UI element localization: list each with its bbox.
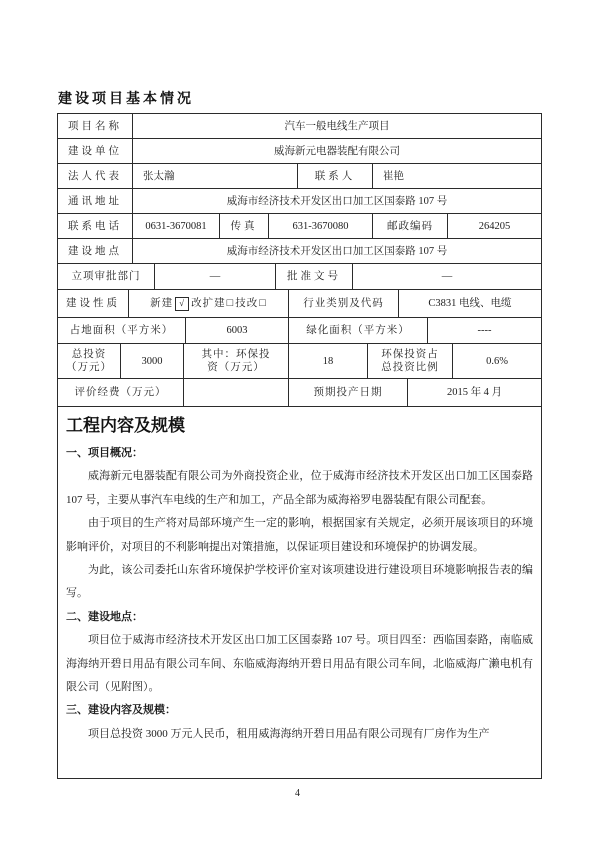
project-name-label: 项目名称	[58, 114, 132, 138]
basic-info-table: 项目名称 汽车一般电线生产项目 建设单位 威海新元电器装配有限公司 法人代表 张…	[57, 113, 542, 407]
total-investment-value: 3000	[120, 344, 183, 378]
mail-address-value: 威海市经济技术开发区出口加工区国泰路 107 号	[132, 189, 541, 213]
approval-doc-label: 批准文号	[275, 264, 352, 289]
eval-fee-value	[183, 379, 288, 406]
approval-doc-value: —	[352, 264, 541, 289]
scope-paragraph-1: 威海新元电器装配有限公司为外商投资企业，位于威海市经济技术开发区出口加工区国泰路…	[66, 465, 533, 512]
nature-options: 新建 √ 改扩建 □ 技改 □	[128, 290, 288, 317]
approval-dept-label: 立项审批部门	[58, 264, 154, 289]
nature-option-new-label: 新建	[150, 297, 173, 310]
contact-person-label: 联系人	[297, 164, 372, 188]
construction-unit-value: 威海新元电器装配有限公司	[132, 139, 541, 163]
phone-label: 联系电话	[58, 214, 132, 238]
table-row-mail-address: 通讯地址 威海市经济技术开发区出口加工区国泰路 107 号	[58, 188, 541, 213]
table-row-approval: 立项审批部门 — 批准文号 —	[58, 263, 541, 289]
table-row-legal-rep: 法人代表 张太瀚 联系人 崔艳	[58, 163, 541, 188]
scope-heading-3: 三、建设内容及规模：	[66, 699, 533, 722]
scope-paragraph-3: 为此，该公司委托山东省环境保护学校评价室对该项建设进行建设项目环境影响报告表的编…	[66, 559, 533, 606]
page-content: 建设项目基本情况 项目名称 汽车一般电线生产项目 建设单位 威海新元电器装配有限…	[57, 88, 542, 779]
fax-label: 传真	[219, 214, 268, 238]
phone-value: 0631-3670081	[132, 214, 219, 238]
nature-option-expand-label: 改扩建	[191, 297, 226, 310]
scope-heading-2: 二、建设地点：	[66, 606, 533, 629]
land-area-value: 6003	[185, 318, 288, 343]
table-row-location: 建设地点 威海市经济技术开发区出口加工区国泰路 107 号	[58, 238, 541, 263]
mail-address-label: 通讯地址	[58, 189, 132, 213]
table-row-construction-unit: 建设单位 威海新元电器装配有限公司	[58, 138, 541, 163]
scope-paragraph-4: 项目位于威海市经济技术开发区出口加工区国泰路 107 号。项目四至：西临国泰路，…	[66, 629, 533, 699]
checkbox-unchecked-icon: □	[259, 297, 267, 310]
table-row-investment: 总投资 （万元） 3000 其中：环保投 资（万元） 18 环保投资占 总投资比…	[58, 343, 541, 378]
legal-rep-label: 法人代表	[58, 164, 132, 188]
location-label: 建设地点	[58, 239, 132, 263]
contact-person-value: 崔艳	[372, 164, 541, 188]
checkbox-checked-icon: √	[175, 297, 189, 311]
table-row-nature: 建设性质 新建 √ 改扩建 □ 技改 □ 行业类别及代码 C3831 电线、电缆	[58, 289, 541, 317]
table-row-project-name: 项目名称 汽车一般电线生产项目	[58, 114, 541, 138]
zip-value: 264205	[447, 214, 541, 238]
table-row-area: 占地面积（平方米） 6003 绿化面积（平方米） ----	[58, 317, 541, 343]
page-number: 4	[0, 788, 595, 799]
total-investment-label: 总投资 （万元）	[58, 344, 120, 378]
eval-fee-label: 评价经费（万元）	[58, 379, 183, 406]
env-ratio-value: 0.6%	[452, 344, 541, 378]
env-investment-label: 其中：环保投 资（万元）	[183, 344, 288, 378]
green-area-label: 绿化面积（平方米）	[288, 318, 427, 343]
legal-rep-value: 张太瀚	[132, 164, 297, 188]
production-date-label: 预期投产日期	[288, 379, 407, 406]
table-row-phone: 联系电话 0631-3670081 传真 631-3670080 邮政编码 26…	[58, 213, 541, 238]
document-page: 建设项目基本情况 项目名称 汽车一般电线生产项目 建设单位 威海新元电器装配有限…	[0, 0, 595, 841]
project-name-value: 汽车一般电线生产项目	[132, 114, 541, 138]
env-investment-value: 18	[288, 344, 367, 378]
scope-paragraph-5: 项目总投资 3000 万元人民币，租用威海海纳开碧日用品有限公司现有厂房作为生产	[66, 723, 533, 746]
scope-section: 工程内容及规模 一、项目概况： 威海新元电器装配有限公司为外商投资企业，位于威海…	[57, 407, 542, 779]
green-area-value: ----	[427, 318, 541, 343]
industry-code-label: 行业类别及代码	[288, 290, 398, 317]
fax-value: 631-3670080	[268, 214, 372, 238]
location-value: 威海市经济技术开发区出口加工区国泰路 107 号	[132, 239, 541, 263]
production-date-value: 2015 年 4 月	[407, 379, 541, 406]
env-ratio-label: 环保投资占 总投资比例	[367, 344, 452, 378]
scope-paragraph-2: 由于项目的生产将对局部环境产生一定的影响，根据国家有关规定，必须开展该项目的环境…	[66, 512, 533, 559]
nature-label: 建设性质	[58, 290, 128, 317]
scope-heading-1: 一、项目概况：	[66, 442, 533, 465]
section-title-basic-info: 建设项目基本情况	[58, 88, 542, 108]
zip-label: 邮政编码	[372, 214, 447, 238]
land-area-label: 占地面积（平方米）	[58, 318, 185, 343]
approval-dept-value: —	[154, 264, 275, 289]
section-title-scope: 工程内容及规模	[66, 411, 533, 436]
industry-code-value: C3831 电线、电缆	[398, 290, 541, 317]
table-row-eval-fee: 评价经费（万元） 预期投产日期 2015 年 4 月	[58, 378, 541, 406]
nature-option-upgrade-label: 技改	[235, 297, 258, 310]
construction-unit-label: 建设单位	[58, 139, 132, 163]
checkbox-unchecked-icon: □	[227, 297, 235, 310]
